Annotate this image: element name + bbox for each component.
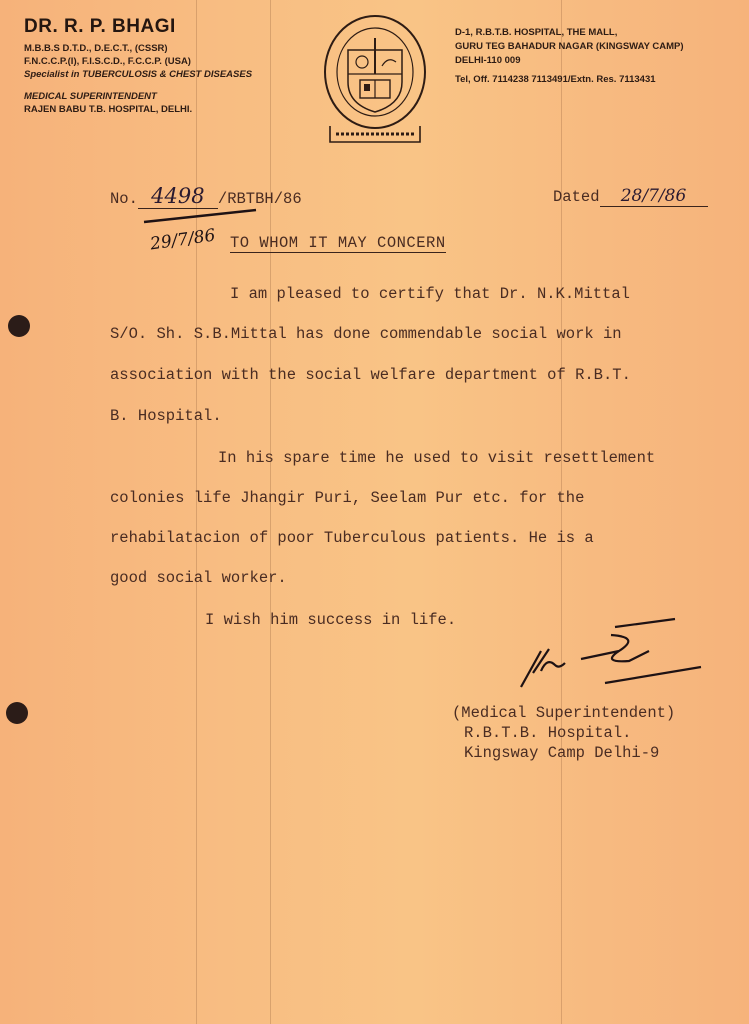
letter-line: good social worker. xyxy=(110,569,287,587)
letter-line: association with the social welfare depa… xyxy=(110,366,631,384)
letter-line: colonies life Jhangir Puri, Seelam Pur e… xyxy=(110,489,584,507)
signatory-title: (Medical Superintendent) xyxy=(452,704,675,722)
doctor-name: DR. R. P. BHAGI xyxy=(24,16,252,38)
paper-fold-line xyxy=(270,0,271,1024)
punch-hole xyxy=(8,315,30,337)
specialty: Specialist in TUBERCULOSIS & CHEST DISEA… xyxy=(24,68,252,81)
address-line: D-1, R.B.T.B. HOSPITAL, THE MALL, xyxy=(455,26,684,40)
letter-line: I am pleased to certify that Dr. N.K.Mit… xyxy=(230,285,630,303)
punch-hole xyxy=(6,702,28,724)
signature-icon xyxy=(515,615,705,695)
address-line: DELHI-110 009 xyxy=(455,54,684,68)
letterhead-right: D-1, R.B.T.B. HOSPITAL, THE MALL, GURU T… xyxy=(455,26,684,87)
designation: MEDICAL SUPERINTENDENT xyxy=(24,90,252,103)
hospital-name: RAJEN BABU T.B. HOSPITAL, DELHI. xyxy=(24,103,252,116)
dated-label: Dated xyxy=(553,188,600,206)
signatory-location: Kingsway Camp Delhi-9 xyxy=(464,744,659,762)
telephone: Tel, Off. 7114238 7113491/Extn. Res. 711… xyxy=(455,73,684,87)
letter-page: DR. R. P. BHAGI M.B.B.S D.T.D., D.E.C.T.… xyxy=(0,0,749,1024)
date-line: Dated28/7/86 xyxy=(553,186,708,207)
date-handwritten: 28/7/86 xyxy=(600,186,708,207)
reference-prefix: No. xyxy=(110,190,138,208)
letterhead-left: DR. R. P. BHAGI M.B.B.S D.T.D., D.E.C.T.… xyxy=(24,16,252,116)
letter-line: S/O. Sh. S.B.Mittal has done commendable… xyxy=(110,325,622,343)
address-line: GURU TEG BAHADUR NAGAR (KINGSWAY CAMP) xyxy=(455,40,684,54)
letter-line: rehabilatacion of poor Tuberculous patie… xyxy=(110,529,594,547)
letter-line: I wish him success in life. xyxy=(205,611,456,629)
municipal-emblem-icon xyxy=(320,12,430,147)
letter-line: B. Hospital. xyxy=(110,407,222,425)
qualifications: M.B.B.S D.T.D., D.E.C.T., (CSSR) xyxy=(24,42,252,55)
signatory-hospital: R.B.T.B. Hospital. xyxy=(464,724,631,742)
paper-fold-line xyxy=(561,0,562,1024)
qualifications: F.N.C.C.P.(I), F.I.S.C.D., F.C.C.P. (USA… xyxy=(24,55,252,68)
letter-line: In his spare time he used to visit reset… xyxy=(218,449,655,467)
paper-fold-line xyxy=(196,0,197,1024)
margin-note-handwritten: 29/7/86 xyxy=(149,226,217,255)
letter-subject: TO WHOM IT MAY CONCERN xyxy=(230,234,446,253)
pen-stroke xyxy=(140,206,260,226)
